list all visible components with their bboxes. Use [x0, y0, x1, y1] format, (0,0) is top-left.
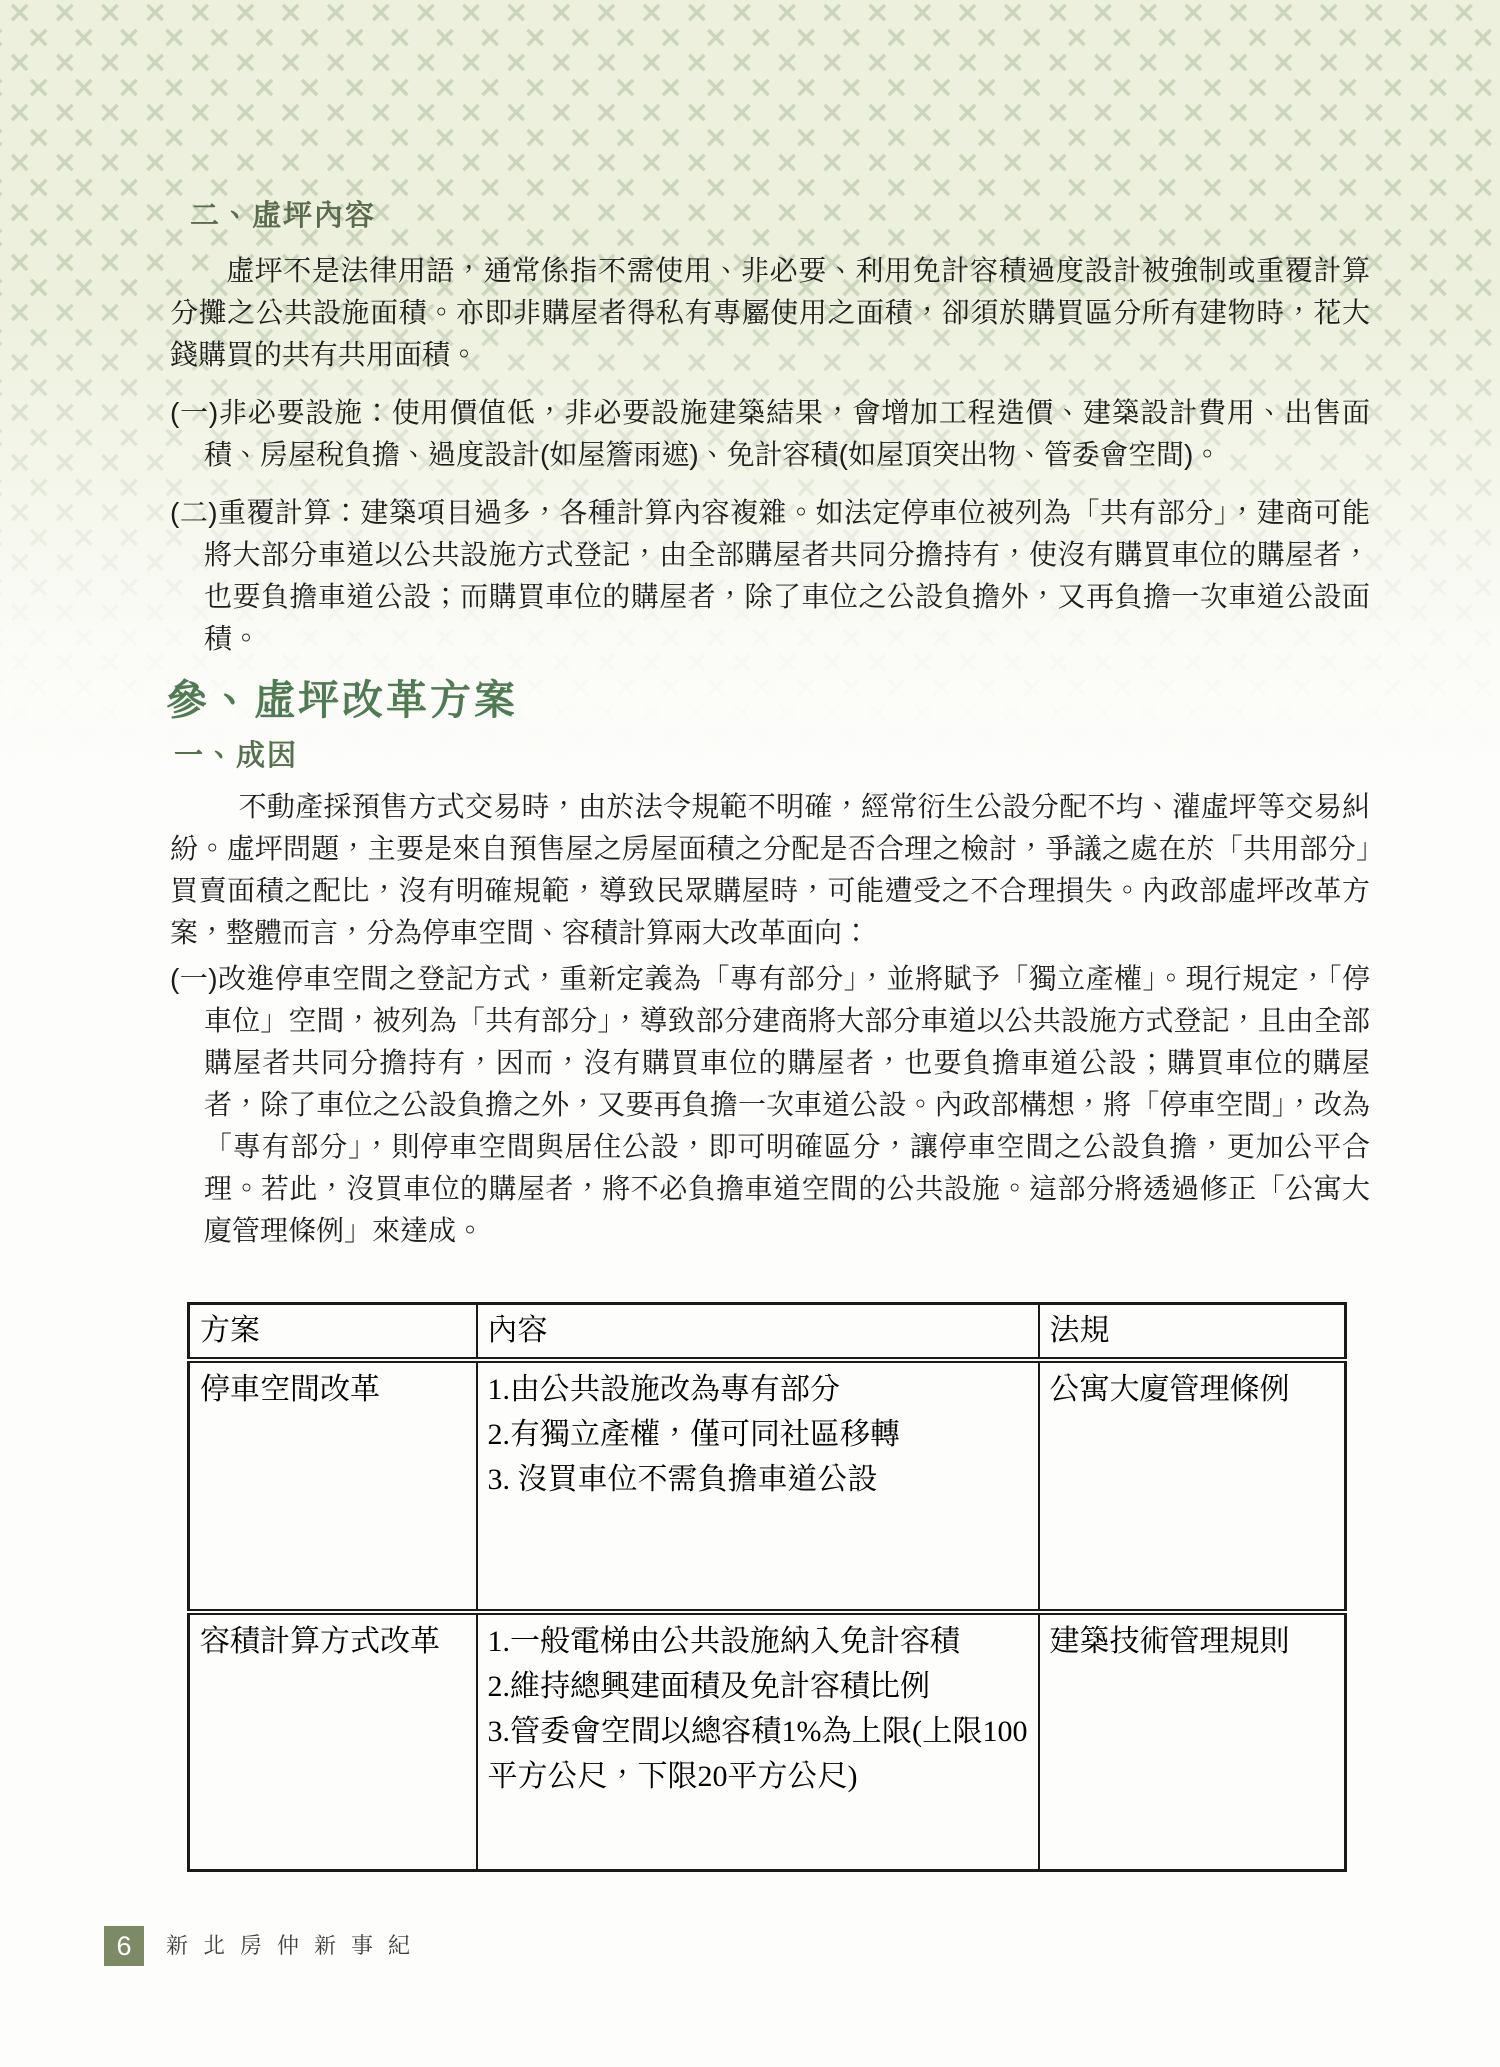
list-item-unnecessary-facilities: (一)非必要設施：使用價值低，非必要設施建築結果，會增加工程造價、建築設計費用、… [170, 392, 1370, 476]
list-item-duplicate-calculation: (二)重覆計算：建築項目過多，各種計算內容複雜。如法定停車位被列為「共有部分」，… [170, 492, 1370, 660]
booklet-title: 新北房仲新事紀 [166, 1926, 425, 1966]
page-footer: 6 新北房仲新事紀 [104, 1926, 425, 1966]
table-row-floor-area-reform: 容積計算方式改革 1.一般電梯由公共設施納入免計容積 2.維持總興建面積及免計容… [189, 1612, 1346, 1871]
subsection-heading-causes: 一、成因 [174, 736, 1370, 776]
table-cell-content: 1.由公共設施改為專有部分 2.有獨立產權，僅可同社區移轉 3. 沒買車位不需負… [477, 1360, 1039, 1612]
table-cell-plan: 容積計算方式改革 [189, 1612, 477, 1871]
table-header-plan: 方案 [189, 1304, 477, 1361]
paragraph-causes: 不動產採預售方式交易時，由於法令規範不明確，經常衍生公設分配不均、灌虛坪等交易糾… [170, 786, 1370, 954]
table-cell-plan: 停車空間改革 [189, 1360, 477, 1612]
table-content-line: 3. 沒買車位不需負擔車道公設 [488, 1457, 1028, 1502]
table-content-line: 1.由公共設施改為專有部分 [488, 1367, 1028, 1412]
x-pattern-row: ××××××××××××××××××××××××××××××××××××××××… [0, 75, 1481, 100]
table-cell-law: 公寓大廈管理條例 [1039, 1360, 1346, 1612]
x-pattern-row: ××××××××××××××××××××××××××××××××××××××××… [0, 125, 1481, 150]
x-pattern-row: ××××××××××××××××××××××××××××××××××××××××… [0, 100, 1462, 125]
table-header-law: 法規 [1039, 1304, 1346, 1361]
x-pattern-row: ××××××××××××××××××××××××××××××××××××××××… [0, 25, 1481, 50]
table-content-line: 1.一般電梯由公共設施納入免計容積 [488, 1619, 1028, 1664]
page-number-badge: 6 [104, 1926, 144, 1966]
paragraph-xuping-definition: 虛坪不是法律用語，通常係指不需使用、非必要、利用免計容積過度設計被強制或重覆計算… [170, 250, 1370, 376]
table-cell-content: 1.一般電梯由公共設施納入免計容積 2.維持總興建面積及免計容積比例 3.管委會… [477, 1612, 1039, 1871]
x-pattern-row: ××××××××××××××××××××××××××××××××××××××××… [0, 50, 1462, 75]
chapter-heading-reform-plan: 參、虛坪改革方案 [166, 672, 1370, 728]
table-header-content: 內容 [477, 1304, 1039, 1361]
table-content-line: 3.管委會空間以總容積1%為上限(上限100平方公尺，下限20平方公尺) [488, 1709, 1028, 1799]
list-item-parking-registration-reform: (一)改進停車空間之登記方式，重新定義為「專有部分」，並將賦予「獨立產權」。現行… [170, 958, 1370, 1252]
page-content: 二、虛坪內容 虛坪不是法律用語，通常係指不需使用、非必要、利用免計容積過度設計被… [170, 196, 1370, 1872]
x-pattern-row: ××××××××××××××××××××××××××××××××××××××××… [0, 150, 1462, 175]
table-header-row: 方案 內容 法規 [189, 1304, 1346, 1361]
reform-table: 方案 內容 法規 停車空間改革 1.由公共設施改為專有部分 2.有獨立產權，僅可… [187, 1302, 1347, 1872]
table-content-line: 2.維持總興建面積及免計容積比例 [488, 1664, 1028, 1709]
document-page: ××××××××××××××××××××××××××××××××××××××××… [0, 0, 1500, 2067]
x-pattern-row: ××××××××××××××××××××××××××××××××××××××××… [0, 0, 1462, 25]
table-row-parking-reform: 停車空間改革 1.由公共設施改為專有部分 2.有獨立產權，僅可同社區移轉 3. … [189, 1360, 1346, 1612]
table-cell-law: 建築技術管理規則 [1039, 1612, 1346, 1871]
table-content-line: 2.有獨立產權，僅可同社區移轉 [488, 1412, 1028, 1457]
section-heading-xuping-content: 二、虛坪內容 [190, 196, 1370, 236]
